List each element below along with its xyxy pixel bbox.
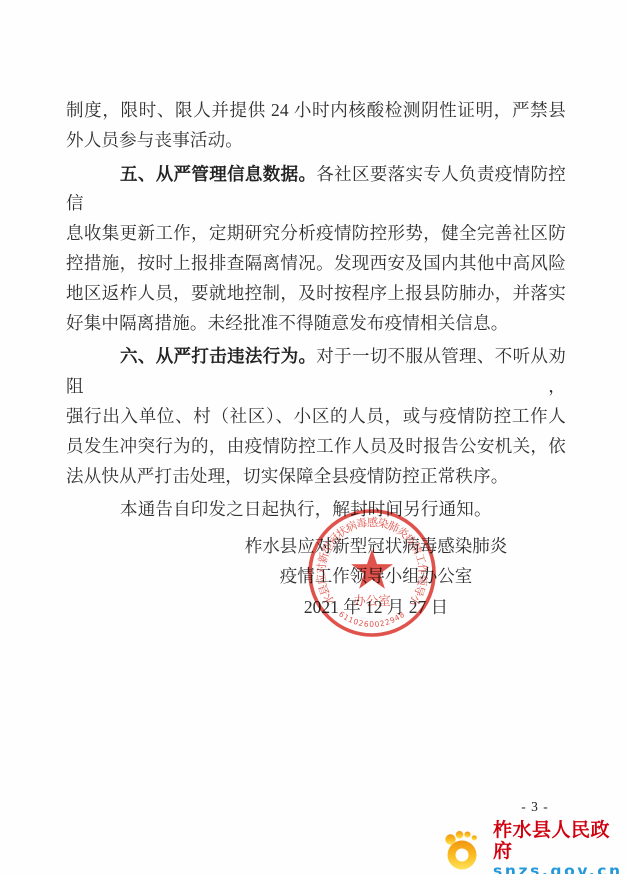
- text-run: 强行出入单位、村（社区）、小区的人员，或与疫情防控工作人: [66, 406, 566, 426]
- government-site-logo: 柞水县人民政府 snzs.gov.cn: [438, 820, 627, 874]
- page-number: - 3 -: [510, 799, 560, 815]
- text-line: 强行出入单位、村（社区）、小区的人员，或与疫情防控工作人: [66, 402, 566, 432]
- text-run: 地区返柞人员，要就地控制，及时按程序上报县防肺办，并落实: [66, 283, 566, 303]
- text-run: 员发生冲突行为的，由疫情防控工作人员及时报告公安机关，依: [66, 436, 566, 456]
- paw-footprint-icon: [438, 827, 486, 874]
- text-line: 员发生冲突行为的，由疫情防控工作人员及时报告公安机关，依: [66, 432, 566, 462]
- document-text: 制度，限时、限人并提供 24 小时内核酸检测阴性证明，严禁县外人员参与丧事活动。…: [66, 96, 566, 525]
- paragraph: 五、从严管理信息数据。各社区要落实专人负责疫情防控信息收集更新工作，定期研究分析…: [66, 160, 566, 339]
- section-heading-run: 五、从严管理信息数据。: [120, 164, 316, 184]
- text-run: 好集中隔离措施。未经批准不得随意发布疫情相关信息。: [66, 313, 509, 333]
- seal-code-text: 6110260022948: [337, 610, 407, 629]
- text-line: 好集中隔离措施。未经批准不得随意发布疫情相关信息。: [66, 309, 566, 339]
- logo-text-block: 柞水县人民政府 snzs.gov.cn: [493, 820, 627, 874]
- text-run: 息收集更新工作，定期研究分析疫情防控形势，健全完善社区防: [66, 223, 566, 243]
- text-run: 制度，限时、限人并提供 24 小时内核酸检测阴性证明，严禁县: [66, 100, 566, 120]
- seal-office-text: 办公室: [353, 593, 391, 608]
- government-site-url[interactable]: snzs.gov.cn: [493, 862, 627, 874]
- text-line: 控措施，按时上报排查隔离情况。发现西安及国内其他中高风险: [66, 249, 566, 279]
- document-page: 制度，限时、限人并提供 24 小时内核酸检测阴性证明，严禁县外人员参与丧事活动。…: [0, 0, 627, 874]
- section-heading-run: 六、从严打击违法行为。: [120, 346, 316, 366]
- text-run: 外人员参与丧事活动。: [66, 130, 243, 150]
- text-line: 外人员参与丧事活动。: [66, 126, 566, 156]
- text-line: 息收集更新工作，定期研究分析疫情防控形势，健全完善社区防: [66, 219, 566, 249]
- seal-ring-text: 柞水县应对新型冠状病毒感染肺炎疫情工作领导小组: [277, 478, 430, 610]
- text-line: 制度，限时、限人并提供 24 小时内核酸检测阴性证明，严禁县: [66, 96, 566, 126]
- official-seal: 柞水县应对新型冠状病毒感染肺炎疫情工作领导小组 办公室 611026002294…: [277, 478, 467, 668]
- paragraph: 六、从严打击违法行为。对于一切不服从管理、不听从劝阻，强行出入单位、村（社区）、…: [66, 342, 566, 491]
- text-line: 五、从严管理信息数据。各社区要落实专人负责疫情防控信: [66, 160, 566, 220]
- government-site-name: 柞水县人民政府: [493, 820, 627, 862]
- seal-star-icon: [351, 549, 393, 589]
- text-line: 六、从严打击违法行为。对于一切不服从管理、不听从劝阻，: [66, 342, 566, 402]
- paragraph: 制度，限时、限人并提供 24 小时内核酸检测阴性证明，严禁县外人员参与丧事活动。: [66, 96, 566, 156]
- text-line: 地区返柞人员，要就地控制，及时按程序上报县防肺办，并落实: [66, 279, 566, 309]
- text-run: 控措施，按时上报排查隔离情况。发现西安及国内其他中高风险: [66, 253, 566, 273]
